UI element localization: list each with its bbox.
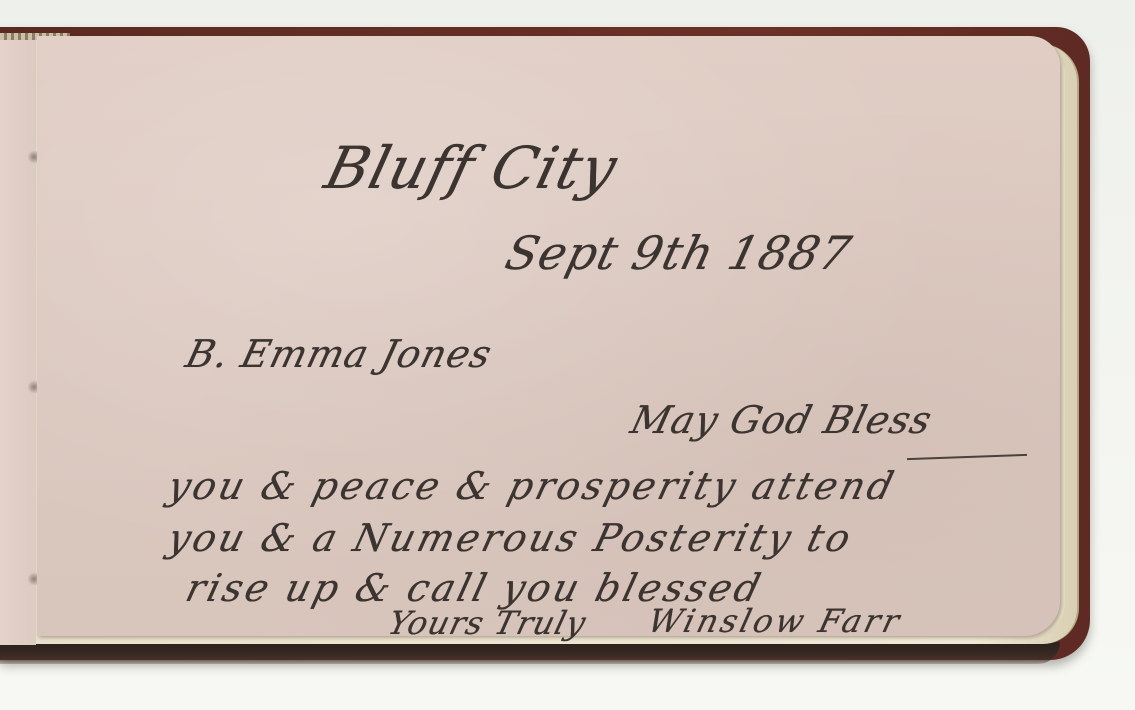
- flourish-mark: [907, 454, 1027, 460]
- album-page: Bluff City Sept 9th 1887 B. Emma Jones M…: [37, 36, 1060, 636]
- body-line-1: May God Bless: [627, 398, 937, 442]
- closing-line: Yours Truly: [384, 604, 590, 642]
- autograph-album: Bluff City Sept 9th 1887 B. Emma Jones M…: [0, 0, 1135, 710]
- salutation-line: B. Emma Jones: [182, 332, 497, 376]
- date-line: Sept 9th 1887: [500, 226, 857, 280]
- place-line: Bluff City: [319, 134, 625, 202]
- cover-bottom-edge: [0, 642, 1060, 664]
- body-line-3: you & a Numerous Posterity to: [164, 516, 858, 560]
- signature-line: Winslow Farr: [644, 602, 906, 640]
- body-line-2: you & peace & prosperity attend: [164, 464, 901, 508]
- left-page-strip: [0, 40, 36, 645]
